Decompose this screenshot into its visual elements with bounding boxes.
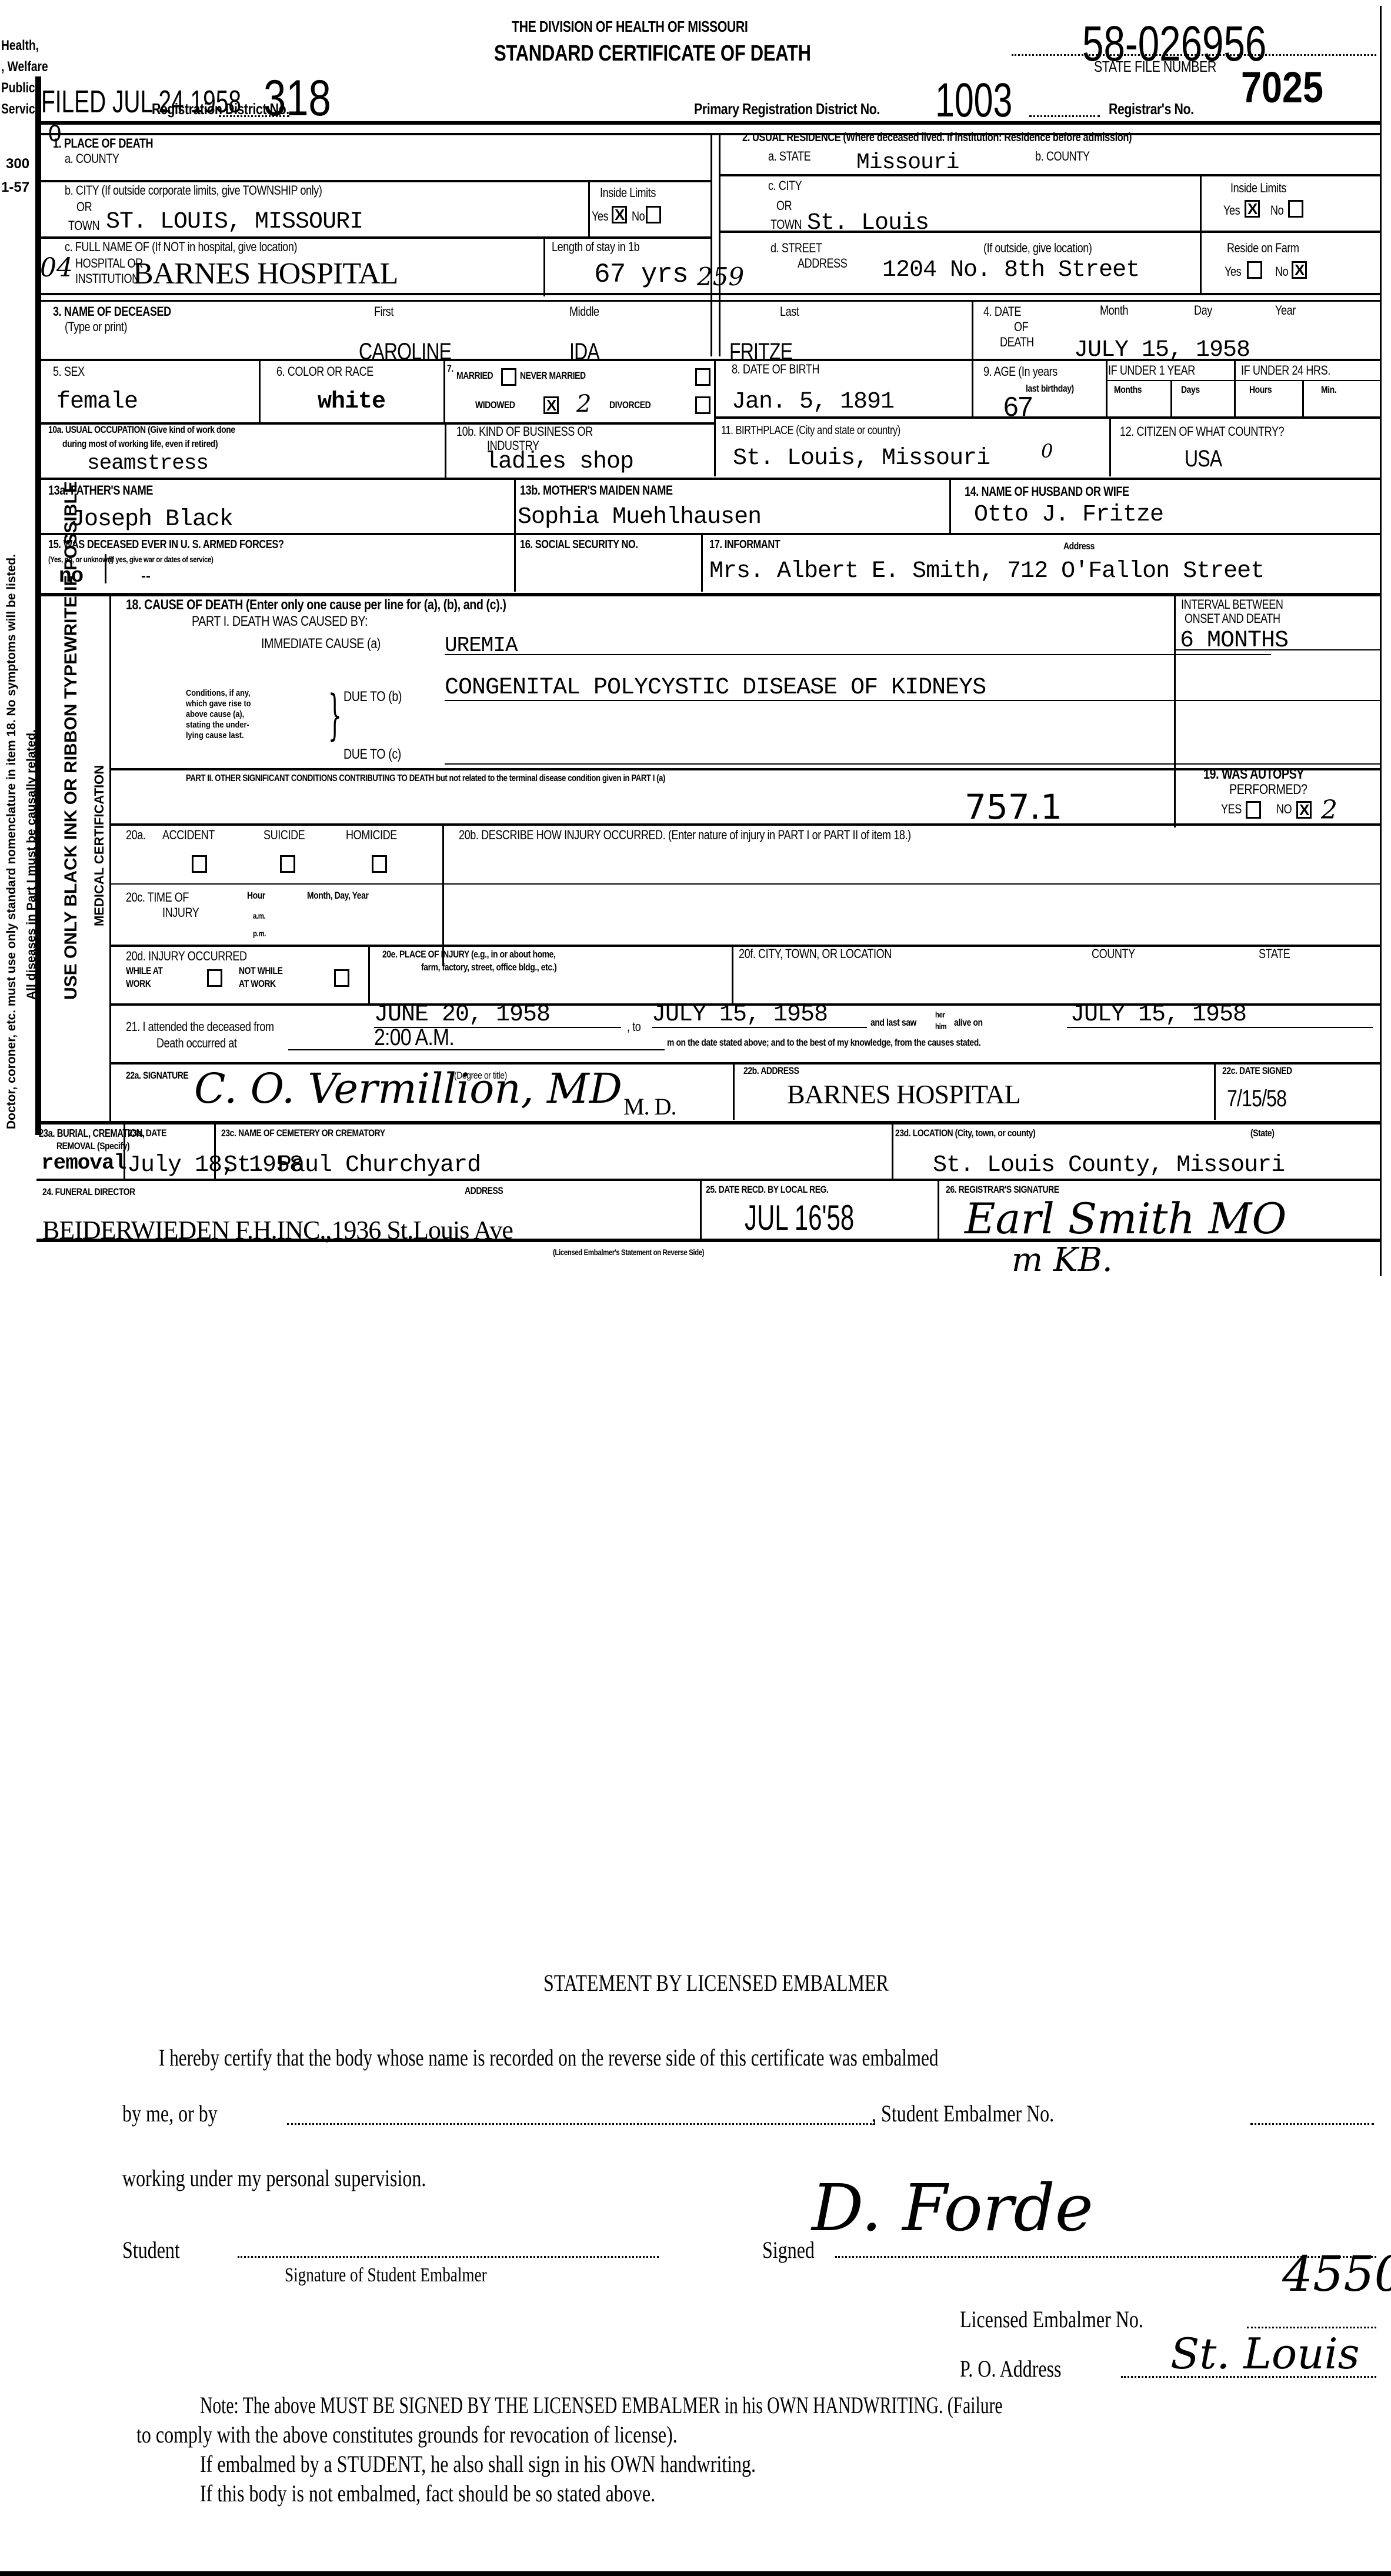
hour-label: Hour	[247, 890, 265, 901]
street-value: 1204 No. 8th Street	[882, 259, 1139, 282]
embalmer-note-4: If this body is not embalmed, fact shoul…	[200, 2480, 655, 2507]
embalmer-note-3: If embalmed by a STUDENT, he also shall …	[200, 2450, 756, 2478]
cemetery-value: St. Paul Churchyard	[224, 1154, 481, 1177]
margin-note: 300	[6, 156, 29, 172]
first-label: First	[374, 305, 393, 318]
length-of-stay-value: 67 yrs	[594, 261, 688, 288]
while-at-work-checkbox[interactable]	[207, 969, 222, 987]
pm-label: p.m.	[253, 929, 266, 938]
student-signature-label: Signature of Student Embalmer	[285, 2264, 487, 2287]
informant-label: 17. INFORMANT	[709, 539, 780, 551]
farm-no-checkbox[interactable]	[1292, 261, 1307, 279]
business-value: ladies shop	[485, 451, 633, 474]
registrar-signature: Earl Smith MO	[965, 1194, 1286, 1243]
interval-label: INTERVAL BETWEEN	[1181, 598, 1283, 611]
hospital-code: 04	[40, 253, 73, 283]
birthplace-label: 11. BIRTHPLACE (City and state or countr…	[721, 425, 900, 437]
due-to-b-label: DUE TO (b)	[343, 689, 402, 704]
last-label: Last	[780, 305, 799, 318]
not-while-at-work-label: AT WORK	[239, 979, 276, 989]
conditions-note-line: Conditions, if any,	[186, 688, 251, 699]
year-label: Year	[1275, 303, 1296, 317]
student-embalmer-no-field[interactable]	[1250, 2123, 1374, 2125]
embalmer-line-1: I hereby certify that the body whose nam…	[159, 2044, 938, 2071]
yes-label: Yes	[592, 209, 608, 223]
margin-note: 1-57	[1, 179, 29, 196]
po-address-label: P. O. Address	[960, 2355, 1061, 2383]
date-of-death-label: DEATH	[1000, 335, 1034, 349]
while-at-work-label: WORK	[126, 979, 151, 989]
student-label: Student	[122, 2236, 180, 2264]
injury-state-label: STATE	[1259, 947, 1290, 960]
under-24-hours-label: IF UNDER 24 HRS.	[1241, 363, 1330, 377]
license-no-field[interactable]	[1247, 2327, 1376, 2328]
time-of-injury-label: 20c. TIME OF	[126, 890, 189, 904]
attended-label: 21. I attended the deceased from	[126, 1020, 274, 1033]
divorced-label: DIVORCED	[609, 400, 651, 411]
due-to-c-label: DUE TO (c)	[343, 747, 401, 762]
residence-inside-limits-no-checkbox[interactable]	[1288, 200, 1303, 218]
injury-occurred-label: 20d. INJURY OCCURRED	[126, 949, 247, 963]
married-label: MARRIED	[456, 371, 493, 381]
deceased-name-label: 3. NAME OF DECEASED	[53, 305, 171, 318]
days-label: Days	[1181, 385, 1200, 395]
never-married-label: NEVER MARRIED	[520, 371, 586, 381]
race-value: white	[318, 391, 385, 414]
race-label: 6. COLOR OR RACE	[276, 365, 373, 378]
widowed-label: WIDOWED	[475, 400, 515, 411]
cemetery-label: 23c. NAME OF CEMETERY OR CREMATORY	[221, 1128, 385, 1139]
date-received-label: 25. DATE RECD. BY LOCAL REG.	[706, 1184, 828, 1195]
attended-from-value: JUNE 20, 1958	[374, 1003, 550, 1027]
certifier-address-label: 22b. ADDRESS	[743, 1066, 799, 1076]
death-city-value: ST. LOUIS, MISSOURI	[106, 211, 363, 234]
inside-limits-no-checkbox[interactable]	[646, 206, 661, 223]
funeral-director-label: 24. FUNERAL DIRECTOR	[42, 1187, 135, 1197]
funeral-address-label: ADDRESS	[465, 1186, 503, 1196]
embalmer-note-1: Note: The above MUST BE SIGNED BY THE LI…	[200, 2391, 1002, 2419]
primary-district-number: 1003	[935, 73, 1012, 128]
date-received-value: JUL 16'58	[745, 1197, 854, 1238]
am-label: a.m.	[253, 912, 265, 920]
sex-value: female	[56, 391, 138, 414]
accident-label: ACCIDENT	[162, 828, 215, 842]
under-1-year-label: IF UNDER 1 YEAR	[1108, 363, 1195, 377]
signature-label: 22a. SIGNATURE	[126, 1070, 188, 1081]
part2-label: PART II. OTHER SIGNIFICANT CONDITIONS CO…	[186, 774, 665, 784]
date-of-death-label: OF	[1014, 320, 1028, 333]
student-embalmer-no-label: , Student Embalmer No.	[872, 2100, 1054, 2127]
license-no-value: 4550	[1282, 2247, 1391, 2303]
manner-num: 20a.	[126, 828, 145, 842]
agency-name: THE DIVISION OF HEALTH OF MISSOURI	[512, 19, 748, 35]
month-label: Month	[1100, 303, 1128, 317]
yes-label: Yes	[1225, 265, 1241, 278]
accident-checkbox[interactable]	[192, 855, 207, 873]
armed-forces-value: no	[59, 566, 83, 587]
occupation-value: seamstress	[87, 453, 208, 474]
registrar-initials: m KB.	[1012, 1241, 1113, 1279]
not-while-at-work-label: NOT WHILE	[239, 966, 283, 976]
by-me-label: by me, or by	[122, 2100, 218, 2127]
farm-label: Reside on Farm	[1227, 241, 1299, 255]
marital-code: 2	[576, 391, 591, 418]
place-of-injury-label: 20e. PLACE OF INJURY (e.g., in or about …	[382, 949, 555, 960]
autopsy-label: PERFORMED?	[1229, 782, 1307, 797]
autopsy-code: 2	[1321, 795, 1337, 825]
last-saw-label: and last saw	[870, 1017, 916, 1028]
suicide-label: SUICIDE	[263, 828, 305, 842]
registration-district-number: 318	[263, 69, 331, 128]
autopsy-no-label: NO	[1276, 802, 1292, 816]
conditions-note-line: which gave rise to	[186, 699, 251, 709]
date-signed-value: 7/15/58	[1227, 1087, 1286, 1110]
informant-address-label: Address	[1063, 541, 1095, 552]
city-town: TOWN	[68, 219, 99, 232]
location-label: 23d. LOCATION (City, town, or county)	[895, 1128, 1035, 1139]
length-of-stay-label: Length of stay in 1b	[552, 240, 639, 253]
place-of-injury-label: farm, factory, street, office bldg., etc…	[421, 962, 556, 973]
medical-certification-label: MEDICAL CERTIFICATION	[92, 765, 107, 926]
divorced-checkbox[interactable]	[695, 396, 710, 414]
citizen-label: 12. CITIZEN OF WHAT COUNTRY?	[1120, 425, 1284, 438]
no-label: No	[632, 209, 645, 223]
describe-injury-label: 20b. DESCRIBE HOW INJURY OCCURRED. (Ente…	[459, 828, 911, 842]
attended-to-label: , to	[627, 1020, 641, 1033]
cause-of-death-title: 18. CAUSE OF DEATH (Enter only one cause…	[126, 598, 506, 612]
homicide-checkbox[interactable]	[372, 855, 387, 873]
injury-city-label: 20f. CITY, TOWN, OR LOCATION	[739, 947, 892, 960]
suicide-checkbox[interactable]	[280, 855, 295, 873]
armed-forces-service-value: --	[141, 568, 151, 585]
embalmer-statement-note: (Licensed Embalmer's Statement on Revers…	[553, 1248, 704, 1257]
student-name-field[interactable]	[287, 2123, 875, 2125]
deceased-name-sub: (Type or print)	[65, 320, 127, 333]
him-label: him	[935, 1022, 946, 1031]
armed-forces-sub-2: (If yes, give war or dates of service)	[108, 555, 213, 564]
residence-state-value: Missouri	[856, 152, 959, 174]
armed-forces-label: 15. WAS DECEASED EVER IN U. S. ARMED FOR…	[48, 539, 284, 551]
farm-yes-checkbox[interactable]	[1247, 261, 1262, 279]
conditions-brace: }	[328, 688, 342, 742]
business-label: 10b. KIND OF BUSINESS OR	[456, 425, 593, 438]
homicide-label: HOMICIDE	[346, 828, 397, 842]
embalmer-title: STATEMENT BY LICENSED EMBALMER	[543, 1969, 889, 1997]
license-no-label: Licensed Embalmer No.	[960, 2305, 1143, 2333]
age-label-sub: last birthday)	[1026, 383, 1074, 394]
certifier-address-value: BARNES HOSPITAL	[787, 1081, 1020, 1108]
part1-label: PART I. DEATH WAS CAUSED BY:	[192, 614, 368, 629]
birthplace-value: St. Louis, Missouri	[733, 447, 990, 471]
interval-label: ONSET AND DEATH	[1185, 612, 1280, 625]
residence-state-label: a. STATE	[768, 149, 810, 163]
residence-inside-limits-yes-checkbox[interactable]	[1245, 200, 1260, 218]
location-value: St. Louis County, Missouri	[933, 1154, 1285, 1177]
embalmer-note-2: to comply with the above constitutes gro…	[136, 2421, 678, 2448]
date-signed-label: 22c. DATE SIGNED	[1222, 1066, 1292, 1076]
widowed-checkbox[interactable]	[543, 396, 559, 414]
margin-note: Health,	[1, 35, 48, 56]
conditions-note: Conditions, if any, which gave rise to a…	[186, 688, 251, 741]
death-time-value: 2:00 A.M.	[374, 1026, 454, 1049]
autopsy-yes-checkbox[interactable]	[1246, 801, 1261, 819]
street-sub-label: ADDRESS	[798, 256, 847, 270]
dob-label: 8. DATE OF BIRTH	[732, 362, 819, 376]
residence-city-or: OR	[776, 199, 792, 212]
hospital-name: BARNES HOSPITAL	[133, 259, 398, 289]
dob-value: Jan. 5, 1891	[732, 391, 894, 414]
citizen-value: USA	[1185, 447, 1222, 471]
informant-value: Mrs. Albert E. Smith, 712 O'Fallon Stree…	[709, 560, 1264, 583]
sex-label: 5. SEX	[53, 365, 85, 378]
father-value: Joseph Black	[71, 508, 233, 532]
married-checkbox[interactable]	[501, 368, 516, 386]
never-married-checkbox[interactable]	[695, 368, 710, 386]
certifier-degree: M. D.	[623, 1095, 676, 1119]
student-signature-field[interactable]	[238, 2256, 659, 2258]
margin-note: , Welfare	[1, 56, 48, 78]
no-label: No	[1275, 265, 1288, 278]
father-label: 13a. FATHER'S NAME	[48, 483, 153, 497]
residence-city-town: TOWN	[770, 218, 802, 231]
certifier-signature: C. O. Vermillion, MD	[194, 1065, 622, 1113]
disposition-method-label: REMOVAL (Specify)	[56, 1141, 129, 1152]
signed-label: Signed	[762, 2236, 815, 2264]
street-label: d. STREET	[770, 241, 822, 255]
occupation-sub: during most of working life, even if ret…	[62, 439, 218, 449]
embalmer-signature: D. Forde	[812, 2170, 1093, 2245]
po-address-value: St. Louis	[1170, 2329, 1360, 2378]
armed-forces-sub-1: (Yes, no, or unknown)	[48, 555, 114, 564]
injury-county-label: COUNTY	[1092, 947, 1135, 960]
hours-label: Hours	[1249, 385, 1272, 395]
age-label: 9. AGE (In years	[983, 365, 1058, 378]
autopsy-label: 19. WAS AUTOPSY	[1203, 767, 1304, 782]
hospital-sub-label: INSTITUTION	[75, 272, 139, 285]
death-occurred-tail: m on the date stated above; and to the b…	[667, 1037, 980, 1048]
primary-district-label: Primary Registration District No.	[694, 101, 880, 117]
inside-limits-yes-checkbox[interactable]	[612, 206, 627, 223]
county-label: a. COUNTY	[65, 152, 119, 165]
last-saw-value: JULY 15, 1958	[1070, 1003, 1246, 1027]
autopsy-no-checkbox[interactable]	[1296, 801, 1312, 819]
residence-county-label: b. COUNTY	[1035, 149, 1090, 163]
conditions-note-line: stating the under-	[186, 720, 251, 730]
ssn-label: 16. SOCIAL SECURITY NO.	[520, 539, 638, 551]
place-of-death-label: 1. PLACE OF DEATH	[53, 136, 153, 150]
street-note: (If outside, give location)	[983, 241, 1092, 255]
yes-label: Yes	[1223, 203, 1240, 217]
certificate-title: STANDARD CERTIFICATE OF DEATH	[494, 42, 811, 66]
not-while-at-work-checkbox[interactable]	[334, 969, 349, 987]
alive-on-label: alive on	[954, 1017, 983, 1028]
form-left-border	[35, 76, 41, 1135]
state-file-number-label: STATE FILE NUMBER	[1094, 59, 1216, 75]
her-label: her	[935, 1010, 945, 1019]
form-right-border	[1380, 6, 1382, 1276]
usual-residence-label: 2. USUAL RESIDENCE (Where deceased lived…	[742, 132, 1132, 144]
conditions-note-line: lying cause last.	[186, 730, 251, 741]
middle-label: Middle	[569, 305, 599, 318]
occupation-label: 10a. USUAL OCCUPATION (Give kind of work…	[48, 425, 235, 435]
while-at-work-label: WHILE AT	[126, 966, 163, 976]
city-label: b. CITY (If outside corporate limits, gi…	[65, 183, 322, 197]
hospital-label: c. FULL NAME OF (If NOT in hospital, giv…	[65, 240, 297, 253]
months-label: Months	[1114, 385, 1142, 395]
medical-cert-divider	[109, 595, 111, 1125]
marital-num: 7.	[447, 363, 453, 374]
mdy-label: Month, Day, Year	[307, 890, 368, 901]
spouse-value: Otto J. Fritze	[974, 503, 1163, 527]
immediate-cause-label: IMMEDIATE CAUSE (a)	[261, 636, 381, 651]
length-of-stay-code: 259	[697, 262, 744, 291]
due-to-b-value: CONGENITAL POLYCYSTIC DISEASE OF KIDNEYS	[445, 676, 986, 700]
supervision-text: working under my personal supervision.	[122, 2164, 426, 2192]
mother-value: Sophia Muehlhausen	[518, 506, 761, 529]
registrars-no-label: Registrar's No.	[1109, 101, 1194, 117]
birthplace-code: 0	[1041, 440, 1053, 462]
spouse-label: 14. NAME OF HUSBAND OR WIFE	[965, 485, 1129, 498]
residence-inside-limits-label: Inside Limits	[1230, 181, 1286, 195]
conditions-note-line: above cause (a),	[186, 709, 251, 720]
date-of-death-label: 4. DATE	[983, 305, 1021, 318]
immediate-cause-value: UREMIA	[445, 635, 518, 656]
time-of-injury-label: INJURY	[162, 906, 199, 919]
part2-code: 757.1	[965, 787, 1062, 827]
death-occurred-at-label: Death occurred at	[156, 1036, 236, 1050]
attended-to-value: JULY 15, 1958	[652, 1003, 828, 1027]
disposition-method-value: removal	[41, 1153, 126, 1174]
autopsy-yes-label: YES	[1221, 802, 1242, 816]
no-label: No	[1270, 203, 1283, 217]
mother-label: 13b. MOTHER'S MAIDEN NAME	[520, 483, 673, 497]
residence-city-label: c. CITY	[768, 179, 802, 192]
inside-limits-label: Inside Limits	[600, 186, 656, 199]
margin-vertical-instruction: Doctor, coroner, etc. must use only stan…	[5, 554, 19, 1129]
day-label: Day	[1194, 303, 1212, 317]
disposition-date-label: 23b. DATE	[128, 1128, 166, 1139]
city-or: OR	[76, 200, 92, 213]
location-state-label: (State)	[1250, 1128, 1275, 1139]
min-label: Min.	[1321, 385, 1336, 395]
